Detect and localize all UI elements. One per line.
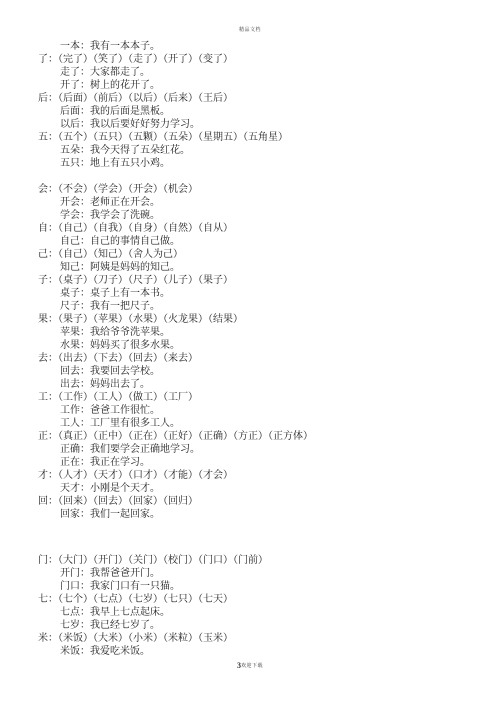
- headword-line: 去：（出去）（下去）（回去）（来去）: [38, 352, 484, 365]
- headword-line: 己：（自己）（知己）（舍人为己）: [38, 248, 484, 261]
- footer-download-label: 欢迎下载: [241, 664, 263, 669]
- example-sentence-line: 开会：老师正在开会。: [38, 196, 484, 209]
- example-sentence-line: 开门：我帮爸爸开门。: [38, 567, 484, 580]
- example-sentence-line: 自己：自己的事情自己做。: [38, 235, 484, 248]
- header-watermark-label: 精品文档: [239, 28, 261, 33]
- example-sentence-line: 一本：我有一本本子。: [38, 40, 484, 53]
- headword-line: 后：（后面）（前后）（以后）（后来）（王后）: [38, 92, 484, 105]
- example-sentence-line: 正在：我正在学习。: [38, 456, 484, 469]
- headword-line: 门：（大门）（开门）（关门）（校门）（门口）（门前）: [38, 554, 484, 567]
- example-sentence-line: 水果：妈妈买了很多水果。: [38, 339, 484, 352]
- headword-line: 五：（五个）（五只）（五颗）（五朵）（星期五）（五角星）: [38, 131, 484, 144]
- document-body: 一本：我有一本本子。了：（完了）（笑了）（走了）（开了）（变了）走了：大家都走了…: [38, 40, 484, 658]
- example-sentence-line: 七点：我早上七点起床。: [38, 606, 484, 619]
- blank-line: [38, 170, 484, 183]
- example-sentence-line: 尺子：我有一把尺子。: [38, 300, 484, 313]
- example-sentence-line: 天才：小刚是个天才。: [38, 482, 484, 495]
- example-sentence-line: 后面：我的后面是黑板。: [38, 105, 484, 118]
- example-sentence-line: 七岁：我已经七岁了。: [38, 619, 484, 632]
- example-sentence-line: 学会：我学会了洗碗。: [38, 209, 484, 222]
- headword-line: 七：（七个）（七点）（七岁）（七只）（七天）: [38, 593, 484, 606]
- headword-line: 自：（自己）（自我）（自身）（自然）（自从）: [38, 222, 484, 235]
- headword-line: 正：（真正）（正中）（正在）（正好）（正确）（方正）（正方体）: [38, 430, 484, 443]
- headword-line: 果：（果子）（苹果）（水果）（火龙果）（结果）: [38, 313, 484, 326]
- page-header: 精品文档: [0, 28, 500, 34]
- headword-line: 了：（完了）（笑了）（走了）（开了）（变了）: [38, 53, 484, 66]
- document-page: 精品文档 一本：我有一本本子。了：（完了）（笑了）（走了）（开了）（变了）走了：…: [0, 0, 500, 708]
- example-sentence-line: 出去：妈妈出去了。: [38, 378, 484, 391]
- example-sentence-line: 回家：我们一起回家。: [38, 508, 484, 521]
- headword-line: 子：（桌子）（刀子）（尺子）（儿子）（果子）: [38, 274, 484, 287]
- example-sentence-line: 正确：我们要学会正确地学习。: [38, 443, 484, 456]
- headword-line: 回：（回来）（回去）（回家）（回归）: [38, 495, 484, 508]
- headword-line: 才：（人才）（天才）（口才）（才能）（才会）: [38, 469, 484, 482]
- example-sentence-line: 桌子：桌子上有一本书。: [38, 287, 484, 300]
- headword-line: 会：（不会）（学会）（开会）（机会）: [38, 183, 484, 196]
- example-sentence-line: 回去：我要回去学校。: [38, 365, 484, 378]
- example-sentence-line: 苹果：我给爷爷洗苹果。: [38, 326, 484, 339]
- page-footer: 3欢迎下载: [0, 656, 500, 674]
- example-sentence-line: 五只：地上有五只小鸡。: [38, 157, 484, 170]
- example-sentence-line: 开了：树上的花开了。: [38, 79, 484, 92]
- example-sentence-line: 工作：爸爸工作很忙。: [38, 404, 484, 417]
- headword-line: 米：（米饭）（大米）（小米）（米粒）（玉米）: [38, 632, 484, 645]
- example-sentence-line: 门口：我家门口有一只猫。: [38, 580, 484, 593]
- example-sentence-line: 五朵：我今天得了五朵红花。: [38, 144, 484, 157]
- example-sentence-line: 工人：工厂里有很多工人。: [38, 417, 484, 430]
- example-sentence-line: 走了：大家都走了。: [38, 66, 484, 79]
- headword-line: 工：（工作）（工人）（做工）（工厂）: [38, 391, 484, 404]
- example-sentence-line: 知己：阿姨是妈妈的知己。: [38, 261, 484, 274]
- blank-line: [38, 521, 484, 554]
- example-sentence-line: 以后：我以后要好好努力学习。: [38, 118, 484, 131]
